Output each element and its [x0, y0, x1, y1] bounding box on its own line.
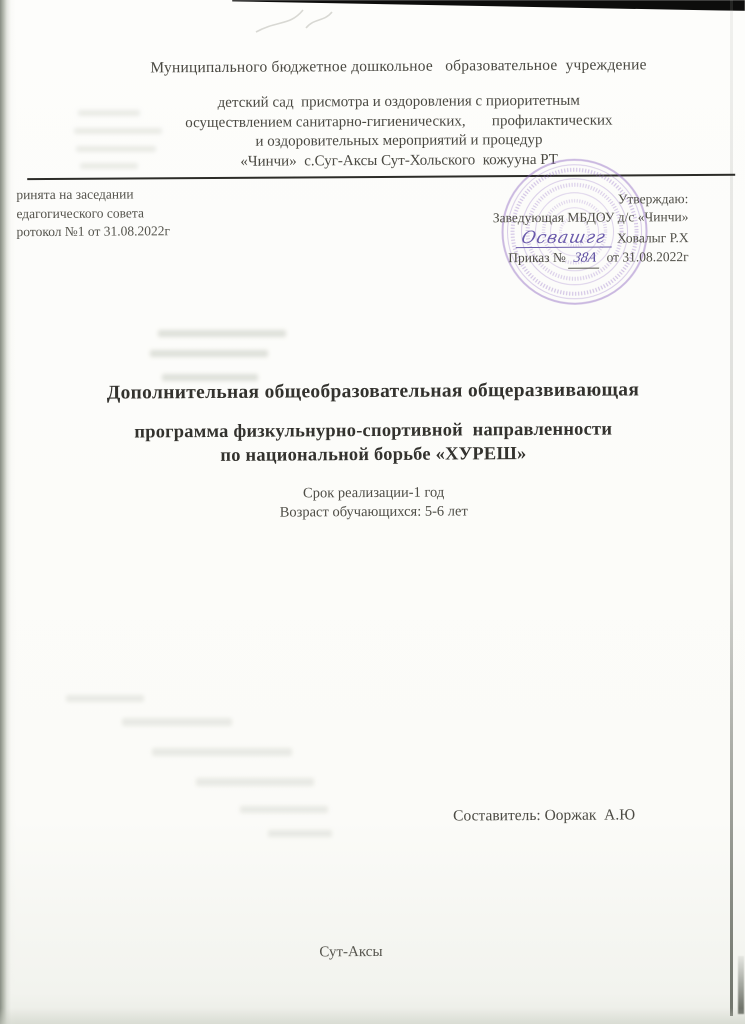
approval-head-line: Заведующая МБДОУ д/с «Чинчи» [493, 208, 689, 227]
program-title: Дополнительная общеобразовательная общер… [40, 379, 706, 469]
approval-signature-line: Освашгг Ховалыг Р.Х [493, 228, 689, 248]
program-title-line: по национальной борьбе «ХУРЕШ» [41, 441, 706, 469]
header-divider-line [27, 174, 735, 180]
institution-name-line: Муниципального бюджетное дошкольное обра… [53, 56, 743, 78]
scanned-page: Муниципального бюджетное дошкольное обра… [0, 0, 745, 1024]
accepted-block: ринята на заседании едагогического совет… [16, 185, 170, 241]
program-details: Срок реализации-1 год Возраст обучающихс… [41, 482, 706, 524]
program-title-line: программа физкульнурно-спортивной направ… [41, 418, 706, 446]
institution-location-line: «Чинчи» с.Суг-Аксы Сут-Хольского кожууна… [54, 149, 744, 173]
institution-header: Муниципального бюджетное дошкольное обра… [53, 56, 744, 173]
order-suffix: от 31.08.2022г [600, 249, 689, 265]
accepted-line: едагогического совета [16, 204, 170, 223]
document-content: Муниципального бюджетное дошкольное обра… [0, 0, 745, 1024]
program-title-line: Дополнительная общеобразовательная общер… [40, 379, 705, 405]
handwritten-order-number: 38А [568, 250, 602, 269]
program-age-range: Возраст обучающихся: 5-6 лет [41, 501, 706, 524]
place-name: Сут-Аксы [4, 942, 698, 963]
approval-order-line: Приказ № 38А от 31.08.2022г [493, 248, 689, 269]
order-prefix: Приказ № [508, 250, 569, 265]
signer-name: Ховалыг Р.Х [614, 230, 689, 245]
approval-label: Утверждаю: [493, 190, 689, 209]
accepted-line: ротокол №1 от 31.08.2022г [16, 222, 170, 241]
accepted-line: ринята на заседании [16, 185, 170, 204]
author-line: Составитель: Ооржак А.Ю [453, 806, 635, 825]
handwritten-signature: Освашгг [516, 229, 616, 249]
approval-block: Утверждаю: Заведующая МБДОУ д/с «Чинчи» … [493, 190, 689, 269]
